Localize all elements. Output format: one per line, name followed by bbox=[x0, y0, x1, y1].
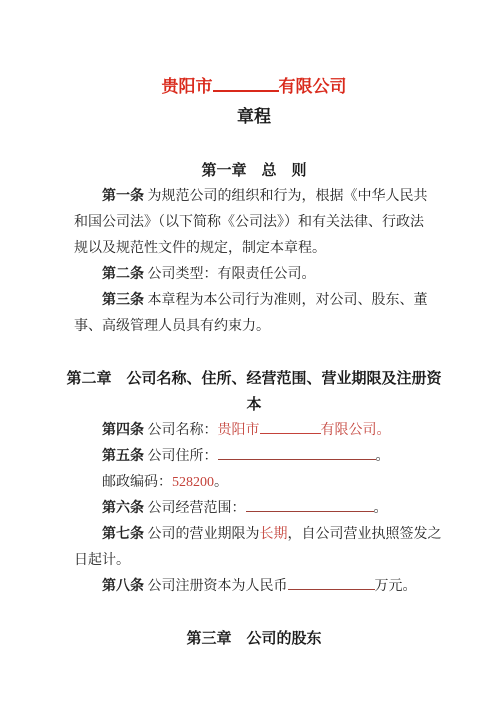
article-7-term-value: 长期 bbox=[260, 527, 288, 542]
postal-label: 邮政编码： bbox=[102, 475, 172, 490]
article-2-number: 第二条 bbox=[102, 267, 144, 282]
article-7-text-before: 公司的营业期限为 bbox=[144, 527, 260, 542]
document-page: 贵阳市有限公司 章程 第一章 总 则 第一条 为规范公司的组织和行为，根据《中华… bbox=[0, 0, 500, 652]
article-2: 第二条 公司类型：有限责任公司。 bbox=[74, 262, 452, 288]
chapter-1-heading: 第一章 总 则 bbox=[65, 158, 443, 184]
article-8-suffix: 万元。 bbox=[375, 579, 417, 594]
article-6: 第六条 公司经营范围：。 bbox=[74, 496, 452, 522]
article-4-number: 第四条 bbox=[102, 423, 144, 438]
article-5: 第五条 公司住所：。 bbox=[74, 444, 452, 470]
article-4-company-suffix: 有限公司。 bbox=[321, 423, 391, 438]
postal-code-line: 邮政编码：528200。 bbox=[74, 470, 452, 496]
article-6-label: 公司经营范围： bbox=[144, 501, 246, 516]
chapter-3-heading: 第三章 公司的股东 bbox=[65, 626, 443, 652]
article-3: 第三条 本章程为本公司行为准则，对公司、股东、董 事、高级管理人员具有约束力。 bbox=[74, 288, 452, 340]
title-company-name-blank[interactable] bbox=[213, 75, 279, 92]
article-2-text: 公司类型：有限责任公司。 bbox=[144, 267, 316, 282]
article-3-number: 第三条 bbox=[102, 293, 144, 308]
document-content: 贵阳市有限公司 章程 第一章 总 则 第一条 为规范公司的组织和行为，根据《中华… bbox=[74, 72, 434, 652]
postal-code-value: 528200 bbox=[172, 475, 214, 490]
article-5-label: 公司住所： bbox=[144, 449, 218, 464]
article-5-period: 。 bbox=[376, 449, 390, 464]
article-8-label: 公司注册资本为人民币 bbox=[144, 579, 288, 594]
company-name-prefix: 贵阳市 bbox=[162, 77, 213, 96]
article-5-number: 第五条 bbox=[102, 449, 144, 464]
article-6-period: 。 bbox=[374, 501, 388, 516]
article-4: 第四条 公司名称：贵阳市有限公司。 bbox=[74, 418, 452, 444]
article-5-address-blank[interactable] bbox=[218, 446, 376, 460]
article-8-capital-blank[interactable] bbox=[288, 576, 375, 590]
chapter-2-heading: 第二章 公司名称、住所、经营范围、营业期限及注册资 本 bbox=[65, 366, 443, 418]
article-7: 第七条 公司的营业期限为长期，自公司营业执照签发之 日起计。 bbox=[74, 522, 452, 574]
article-1: 第一条 为规范公司的组织和行为，根据《中华人民共 和国公司法》（以下简称《公司法… bbox=[74, 184, 452, 262]
postal-period: 。 bbox=[214, 475, 228, 490]
article-6-number: 第六条 bbox=[102, 501, 144, 516]
article-4-label: 公司名称： bbox=[144, 423, 218, 438]
article-6-business-scope-blank[interactable] bbox=[246, 498, 374, 512]
article-7-number: 第七条 bbox=[102, 527, 144, 542]
article-4-company-name-blank[interactable] bbox=[260, 420, 321, 434]
article-1-number: 第一条 bbox=[102, 189, 144, 204]
article-8-number: 第八条 bbox=[102, 579, 144, 594]
article-4-company-prefix: 贵阳市 bbox=[218, 423, 260, 438]
company-name-suffix: 有限公司 bbox=[279, 77, 347, 96]
document-title: 贵阳市有限公司 bbox=[74, 72, 434, 102]
article-8: 第八条 公司注册资本为人民币万元。 bbox=[74, 574, 452, 600]
document-subtitle: 章程 bbox=[74, 102, 434, 132]
